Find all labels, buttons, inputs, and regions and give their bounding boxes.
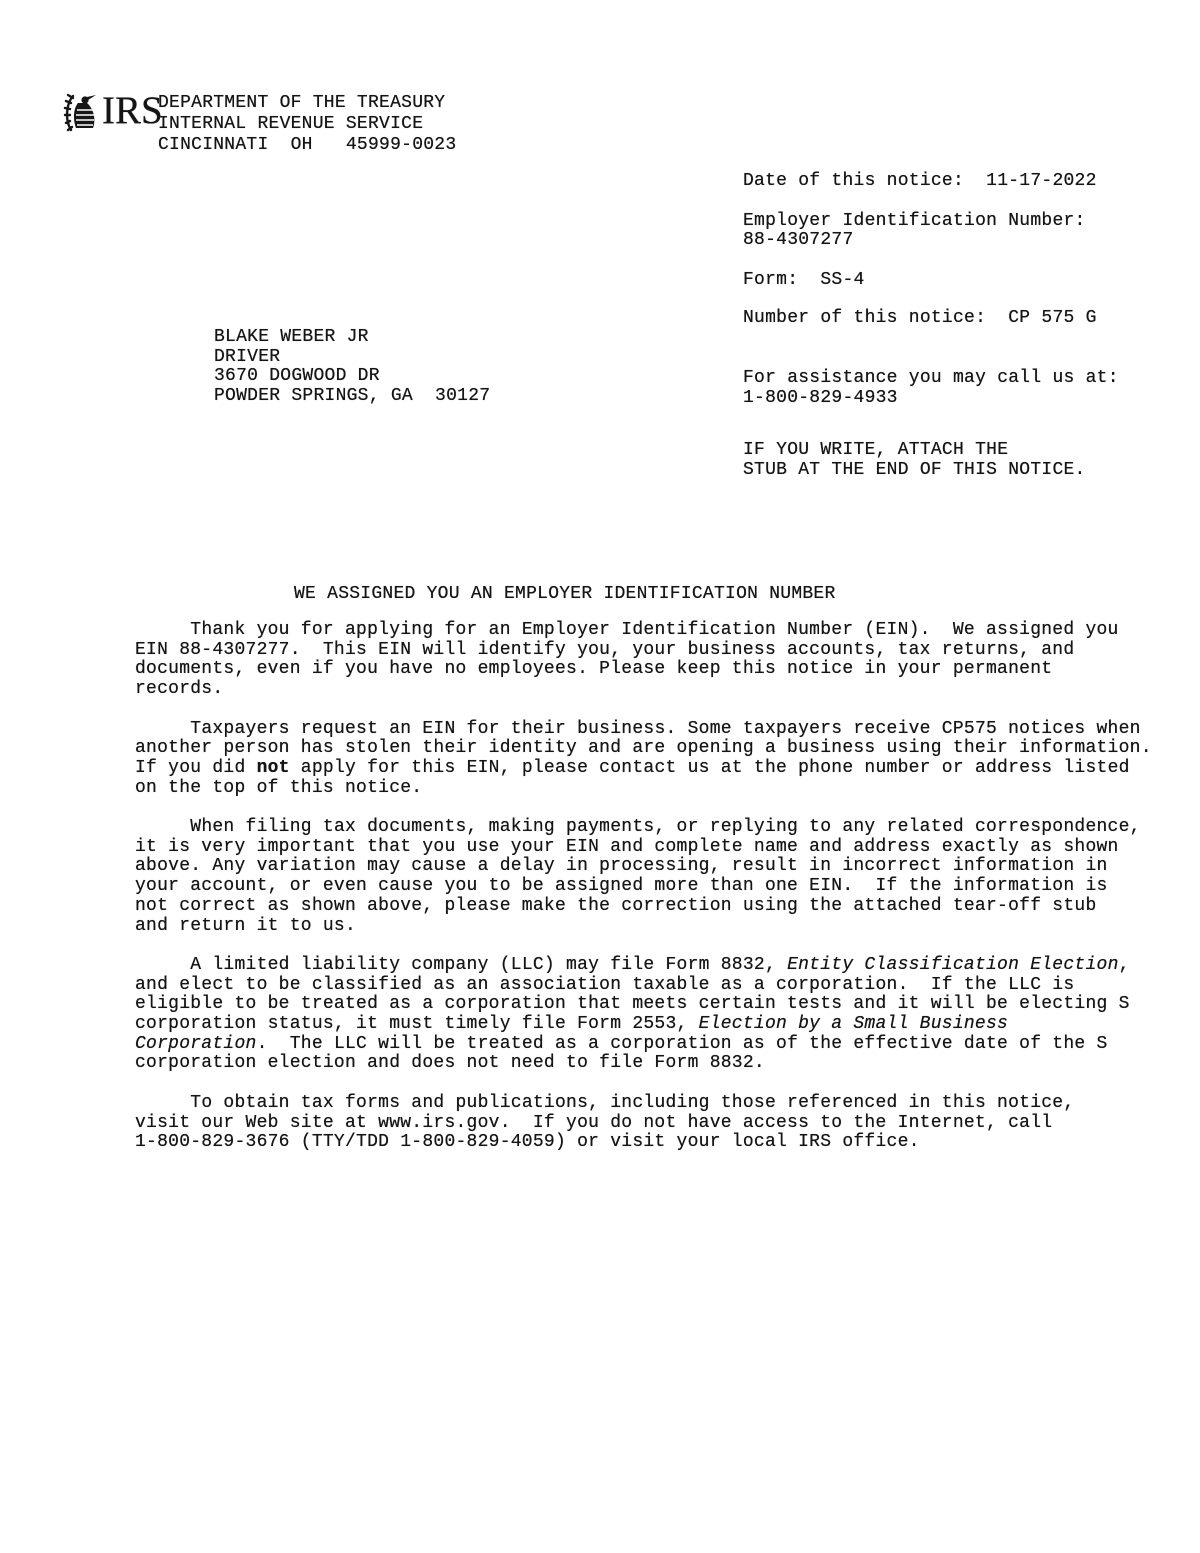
form-type-line: Form: SS-4: [743, 271, 865, 291]
paragraph-ein-usage: When filing tax documents, making paymen…: [135, 818, 1190, 936]
assistance-phone: 1-800-829-4933: [743, 389, 898, 409]
paragraph-ein-assigned: Thank you for applying for an Employer I…: [135, 621, 1190, 700]
write-instruction: IF YOU WRITE, ATTACH THE STUB AT THE END…: [743, 441, 1086, 480]
paragraph-identity-warning: Taxpayers request an EIN for their busin…: [135, 720, 1190, 799]
irs-eagle-icon: [63, 91, 99, 135]
paragraph-text-segment: . The LLC will be treated as a corporati…: [135, 1034, 1108, 1074]
irs-cp575-notice-page: IRS DEPARTMENT OF THE TREASURY INTERNAL …: [0, 0, 1200, 1553]
agency-address: DEPARTMENT OF THE TREASURY INTERNAL REVE…: [158, 93, 456, 156]
paragraph-llc-election: A limited liability company (LLC) may fi…: [135, 956, 1190, 1074]
ein-value: 88-4307277: [743, 231, 854, 251]
notice-body: Thank you for applying for an Employer I…: [135, 621, 1190, 1173]
ein-label: Employer Identification Number:: [743, 212, 1086, 232]
irs-logo-text: IRS: [102, 91, 163, 131]
irs-logo: IRS: [63, 91, 163, 135]
notice-title: WE ASSIGNED YOU AN EMPLOYER IDENTIFICATI…: [294, 585, 836, 605]
paragraph-text-segment: A limited liability company (LLC) may fi…: [135, 955, 787, 975]
recipient-address: BLAKE WEBER JR DRIVER 3670 DOGWOOD DR PO…: [214, 328, 490, 407]
notice-date-line: Date of this notice: 11-17-2022: [743, 172, 1097, 192]
assistance-label: For assistance you may call us at:: [743, 369, 1119, 389]
italic-form-8832-title: Entity Classification Election: [787, 955, 1119, 975]
notice-number-line: Number of this notice: CP 575 G: [743, 309, 1097, 329]
paragraph-forms-publications: To obtain tax forms and publications, in…: [135, 1094, 1190, 1153]
bold-not-text: not: [257, 758, 290, 778]
